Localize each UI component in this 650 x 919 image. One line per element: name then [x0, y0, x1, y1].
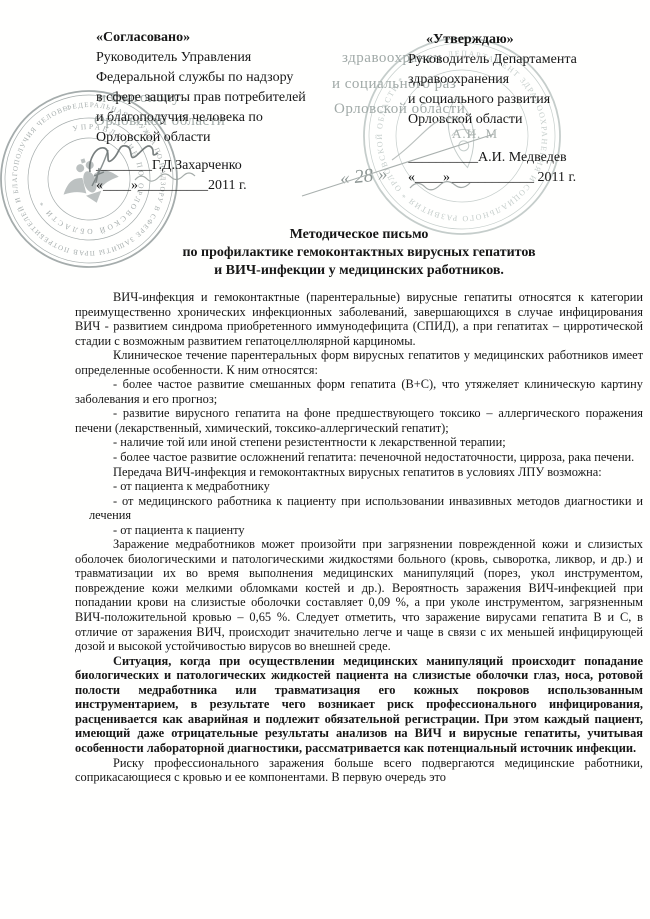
document-title-line: Методическое письмо: [75, 226, 643, 244]
approval-left-line: Орловской области: [96, 128, 371, 148]
document-title-line: по профилактике гемоконтактных вирусных …: [75, 244, 643, 262]
paragraph: - более частое развитие смешанных форм г…: [75, 377, 643, 406]
approval-right-line: Орловской области: [408, 110, 643, 130]
paragraph: ВИЧ-инфекция и гемоконтактные (парентера…: [75, 290, 643, 348]
paragraph: - развитие вирусного гепатита на фоне пр…: [75, 406, 643, 435]
date-row-right: «____»____________ 2011 г.: [408, 168, 643, 188]
paragraph: - от пациента к пациенту: [89, 523, 643, 538]
paragraph: - от медицинского работника к пациенту п…: [89, 494, 643, 523]
approval-left-line: Федеральной службы по надзору: [96, 68, 371, 88]
signature-line: __________: [408, 150, 478, 165]
approval-left-line: и благополучия человека по: [96, 108, 371, 128]
approval-left-heading: «Согласовано»: [96, 28, 371, 48]
paragraph: - более частое развитие осложнений гепат…: [75, 450, 643, 465]
document-title: Методическое письмо по профилактике гемо…: [75, 226, 643, 280]
body-paragraphs: ВИЧ-инфекция и гемоконтактные (парентера…: [75, 290, 643, 785]
signatory-name-left: Г.Д.Захарченко: [152, 158, 242, 173]
paragraph: Передача ВИЧ-инфекция и гемоконтактных в…: [75, 465, 643, 480]
approval-left-line: в сфере защиты прав потребителей: [96, 88, 371, 108]
approval-right-line: Руководитель Департамента: [408, 50, 643, 70]
approval-block-left: «Согласовано» Руководитель Управления Фе…: [96, 28, 371, 196]
approval-right-line: здравоохранения: [408, 70, 643, 90]
signatory-name-right: А.И. Медведев: [478, 150, 567, 165]
document-title-line: и ВИЧ-инфекции у медицинских работников.: [75, 262, 643, 280]
paragraph: Риску профессионального заражения больше…: [75, 756, 643, 785]
date-row-left: «____»__________2011 г.: [96, 176, 371, 196]
approval-left-line: Руководитель Управления: [96, 48, 371, 68]
signature-row-right: __________А.И. Медведев: [408, 148, 643, 168]
paragraph: Ситуация, когда при осуществлении медици…: [75, 654, 643, 756]
signature-line: ________: [96, 158, 152, 173]
approval-right-line: и социального развития: [408, 90, 643, 110]
paragraph: Клиническое течение парентеральных форм …: [75, 348, 643, 377]
approval-right-heading: «Утверждаю»: [426, 30, 643, 50]
paragraph: Заражение медработников может произойти …: [75, 537, 643, 653]
approval-block-right: «Утверждаю» Руководитель Департамента зд…: [408, 30, 643, 188]
signature-row-left: ________Г.Д.Захарченко: [96, 156, 371, 176]
paragraph: - наличие той или иной степени резистент…: [75, 435, 643, 450]
paragraph: - от пациента к медработнику: [89, 479, 643, 494]
document-page: ФЕДЕРАЛЬНАЯ СЛУЖБА ПО НАДЗОРУ В СФЕРЕ ЗА…: [0, 0, 650, 919]
